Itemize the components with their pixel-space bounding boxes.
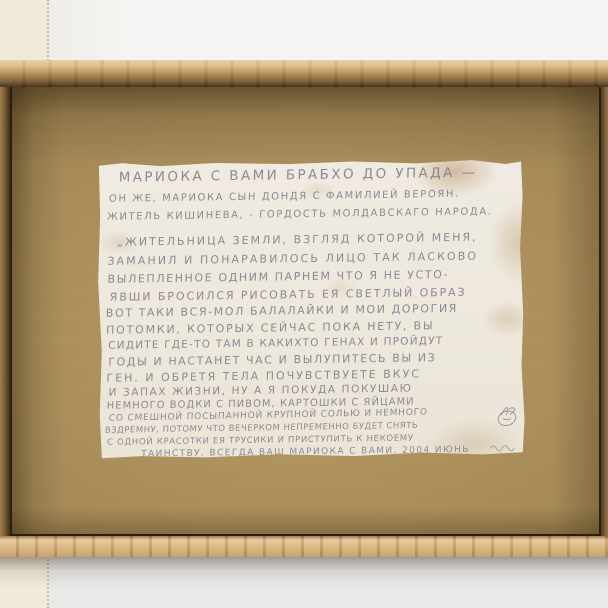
letter-line: ТАИНСТВУ. ВСЕГДА ВАШ МАРИОКА С ВАМИ. 200… xyxy=(141,446,470,460)
letter-line: „ЖИТЕЛЬНИЦА ЗЕМЛИ, ВЗГЛЯД КОТОРОЙ МЕНЯ, xyxy=(117,232,478,248)
gallery-photo: МАРИОКА С ВАМИ БРАБХО ДО УПАДА —ОН ЖЕ, М… xyxy=(0,0,608,608)
frame-right-rail xyxy=(601,87,608,536)
handwritten-letter: МАРИОКА С ВАМИ БРАБХО ДО УПАДА —ОН ЖЕ, М… xyxy=(97,159,526,459)
letter-line: ЖИТЕЛЬ КИШИНЕВА, - ГОРДОСТЬ МОЛДАВСКАГО … xyxy=(107,207,493,222)
letter-line: И ЗАПАХ ЖИЗНИ, НУ А Я ПОКУДА ПОКУШАЮ xyxy=(108,384,412,399)
wall xyxy=(49,0,608,62)
frame-shadow xyxy=(0,557,608,587)
letter-text: МАРИОКА С ВАМИ БРАБХО ДО УПАДА —ОН ЖЕ, М… xyxy=(97,159,526,459)
letter-line: ГЕН. И ОБРЕТЯ ТЕЛА ПОЧУВСТВУЕТЕ ВКУС xyxy=(106,368,421,383)
pencil-scribble-sketch-icon xyxy=(495,403,519,429)
letter-line: ЗАМАНИЛ И ПОНАРАВИЛОСЬ ЛИЦО ТАК ЛАСКОВО xyxy=(107,251,478,267)
letter-line: МАРИОКА С ВАМИ БРАБХО ДО УПАДА — xyxy=(119,167,478,186)
letter-line: ПОТОМКИ, КОТОРЫХ СЕЙЧАС ПОКА НЕТУ, ВЫ xyxy=(106,320,435,336)
wooden-box-frame: МАРИОКА С ВАМИ БРАБХО ДО УПАДА —ОН ЖЕ, М… xyxy=(0,60,608,557)
frame-top-rail xyxy=(0,60,608,87)
letter-line: ГОДЫ И НАСТАНЕТ ЧАС И ВЫЛУПИТЕСЬ ВЫ ИЗ xyxy=(108,352,436,368)
letter-line: ВЫЛЕПЛЕННОЕ ОДНИМ ПАРНЕМ ЧТО Я НЕ УСТО- xyxy=(107,269,449,285)
frame-left-rail xyxy=(0,87,10,536)
letter-line: СИДИТЕ ГДЕ-ТО ТАМ В КАКИХТО ГЕНАХ И ПРОЙ… xyxy=(108,336,443,351)
margin-scribble-icon xyxy=(489,441,517,453)
letter-line: ВОТ ТАКИ ВСЯ-МОЛ БАЛАЛАЙКИ И МОИ ДОРОГИЯ xyxy=(106,303,458,319)
letter-line: ЯВШИ БРОСИЛСЯ РИСОВАТЬ ЕЯ СВЕТЛЫЙ ОБРАЗ xyxy=(110,287,467,303)
letter-line: ОН ЖЕ, МАРИОКА СЫН ДОНДЯ С ФАМИЛИЕЙ ВЕРО… xyxy=(109,190,460,205)
frame-bottom-rail xyxy=(0,536,608,557)
cardboard-backing: МАРИОКА С ВАМИ БРАБХО ДО УПАДА —ОН ЖЕ, М… xyxy=(12,87,599,534)
